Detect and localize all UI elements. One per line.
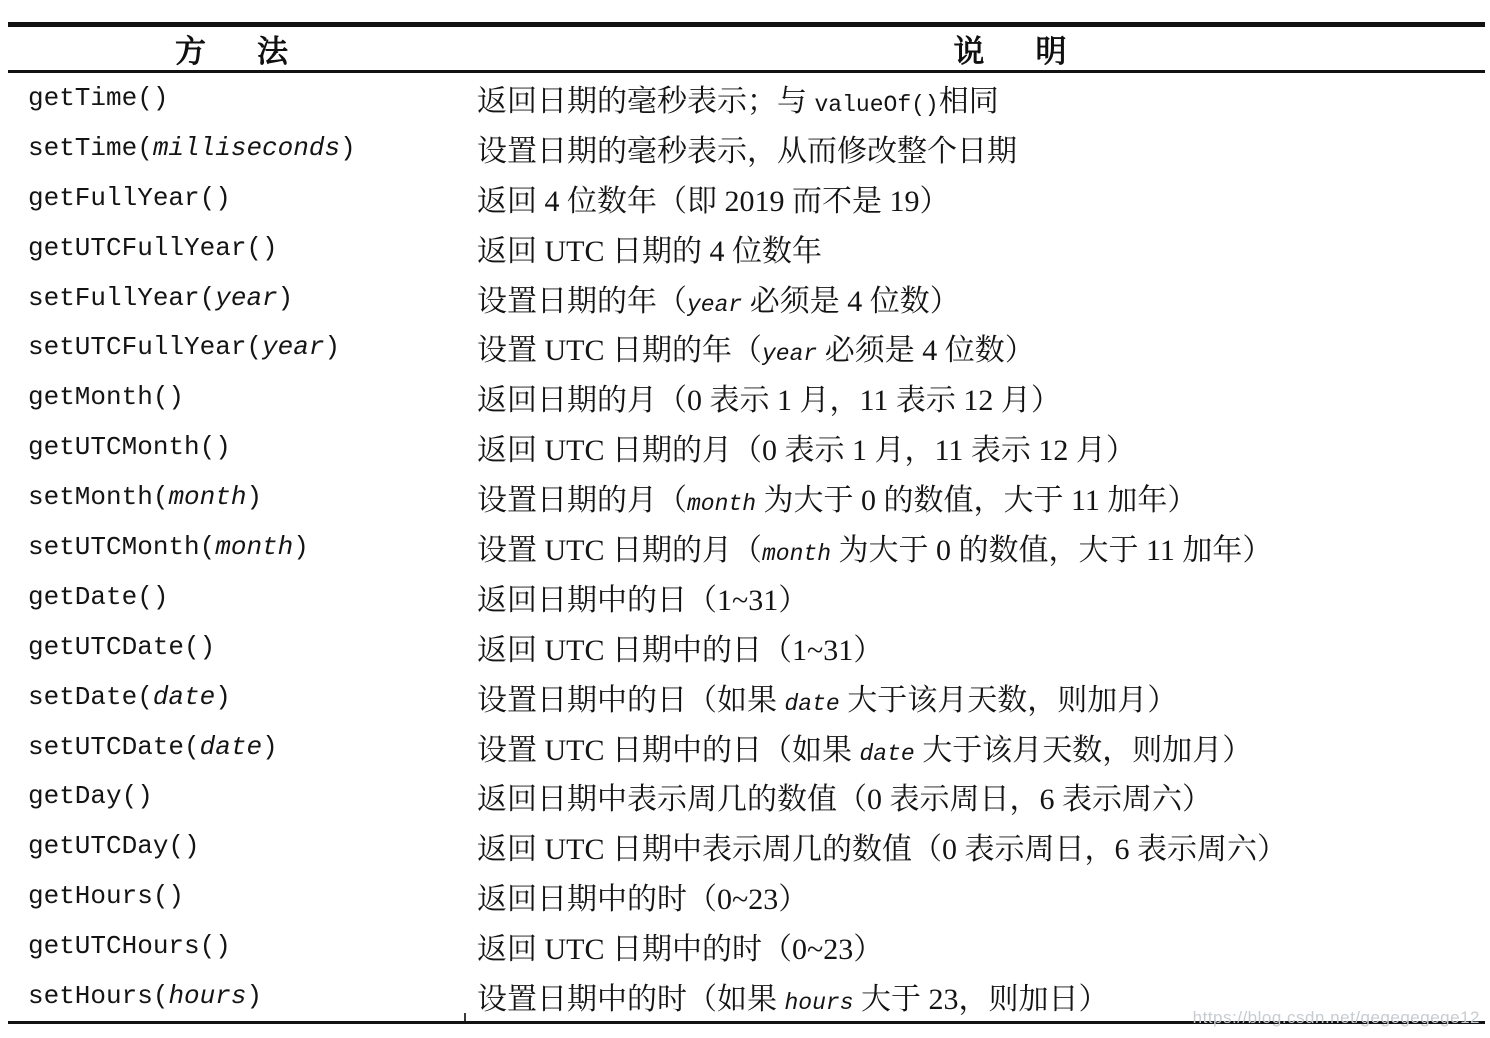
description-cell: 设置 UTC 日期的月（month 为大于 0 的数值，大于 11 加年） — [457, 525, 1490, 569]
text-segment: setTime( — [28, 133, 153, 163]
description-cell: 返回 UTC 日期的 4 位数年 — [457, 226, 1490, 270]
text-segment: ) — [324, 332, 340, 362]
text-segment: month — [762, 541, 831, 567]
text-segment: setUTCMonth( — [28, 532, 215, 562]
text-segment: valueOf() — [815, 92, 939, 118]
description-cell: 返回 UTC 日期中表示周几的数值（0 表示周日，6 表示周六） — [457, 824, 1490, 868]
text-segment: setHours( — [28, 981, 168, 1011]
table-row: getUTCHours()返回 UTC 日期中的时（0~23） — [0, 921, 1490, 971]
description-cell: 返回 4 位数年（即 2019 而不是 19） — [457, 176, 1490, 220]
table-row: setFullYear(year)设置日期的年（year 必须是 4 位数） — [0, 273, 1490, 323]
column-header-method: 方 法 — [8, 26, 465, 70]
text-segment: setFullYear( — [28, 283, 215, 313]
text-segment: 设置 UTC 日期的月（ — [477, 534, 762, 567]
text-segment: ) — [293, 532, 309, 562]
description-cell: 返回日期中的时（0~23） — [457, 874, 1490, 918]
text-segment: year — [762, 341, 817, 367]
text-segment: ) — [246, 981, 262, 1011]
description-cell: 返回日期的毫秒表示；与 valueOf()相同 — [457, 76, 1490, 120]
watermark-url: https://blog.csdn.net/gegegegege12 — [1193, 1008, 1480, 1028]
text-segment: getUTCDay() — [28, 831, 200, 861]
text-segment: 返回日期中的日（1~31） — [477, 584, 808, 617]
method-cell: getDay() — [0, 781, 457, 811]
method-cell: setMonth(month) — [0, 482, 457, 512]
text-segment: getUTCFullYear() — [28, 233, 278, 263]
text-segment: 大于 23，则加日） — [854, 983, 1109, 1016]
text-segment: 返回 UTC 日期的月（0 表示 1 月，11 表示 12 月） — [477, 434, 1136, 467]
text-segment: getUTCMonth() — [28, 432, 231, 462]
text-segment: 返回 UTC 日期中的时（0~23） — [477, 933, 883, 966]
table-row: getUTCFullYear()返回 UTC 日期的 4 位数年 — [0, 223, 1490, 273]
text-segment: milliseconds — [153, 133, 340, 163]
text-segment: ) — [215, 682, 231, 712]
text-segment: date — [200, 732, 262, 762]
text-segment: year — [687, 292, 742, 318]
description-cell: 返回 UTC 日期中的日（1~31） — [457, 625, 1490, 669]
table-row: getUTCMonth()返回 UTC 日期的月（0 表示 1 月，11 表示 … — [0, 422, 1490, 472]
method-cell: setDate(date) — [0, 682, 457, 712]
text-segment: getFullYear() — [28, 183, 231, 213]
text-segment: date — [153, 682, 215, 712]
method-cell: getUTCMonth() — [0, 432, 457, 462]
method-cell: getHours() — [0, 881, 457, 911]
text-segment: 设置日期的月（ — [477, 484, 687, 517]
table-row: setUTCMonth(month)设置 UTC 日期的月（month 为大于 … — [0, 522, 1490, 572]
table-row: setUTCFullYear(year)设置 UTC 日期的年（year 必须是… — [0, 322, 1490, 372]
text-segment: 设置日期中的日（如果 — [477, 684, 785, 717]
table-row: getMonth()返回日期的月（0 表示 1 月，11 表示 12 月） — [0, 372, 1490, 422]
text-segment: month — [215, 532, 293, 562]
text-segment: ) — [246, 482, 262, 512]
text-segment: 大于该月天数，则加月） — [840, 684, 1178, 717]
method-cell: getMonth() — [0, 382, 457, 412]
text-segment: ) — [262, 732, 278, 762]
method-cell: setUTCFullYear(year) — [0, 332, 457, 362]
description-cell: 设置日期的年（year 必须是 4 位数） — [457, 276, 1490, 320]
text-segment: 设置 UTC 日期中的日（如果 — [477, 734, 860, 767]
table-row: getFullYear()返回 4 位数年（即 2019 而不是 19） — [0, 173, 1490, 223]
text-segment: 返回 UTC 日期中表示周几的数值（0 表示周日，6 表示周六） — [477, 833, 1287, 866]
method-cell: setTime(milliseconds) — [0, 133, 457, 163]
table-row: getDate()返回日期中的日（1~31） — [0, 572, 1490, 622]
text-segment: 设置日期的年（ — [477, 285, 687, 318]
text-segment: 为大于 0 的数值，大于 11 加年） — [756, 484, 1197, 517]
description-cell: 设置 UTC 日期中的日（如果 date 大于该月天数，则加月） — [457, 725, 1490, 769]
description-cell: 返回 UTC 日期的月（0 表示 1 月，11 表示 12 月） — [457, 425, 1490, 469]
table-row: getDay()返回日期中表示周几的数值（0 表示周日，6 表示周六） — [0, 771, 1490, 821]
description-cell: 设置 UTC 日期的年（year 必须是 4 位数） — [457, 325, 1490, 369]
text-segment: getDate() — [28, 582, 168, 612]
text-segment: date — [860, 741, 915, 767]
text-segment: setMonth( — [28, 482, 168, 512]
method-cell: getTime() — [0, 83, 457, 113]
text-segment: setDate( — [28, 682, 153, 712]
column-header-description: 说 明 — [465, 26, 1485, 70]
table-row: setMonth(month)设置日期的月（month 为大于 0 的数值，大于… — [0, 472, 1490, 522]
method-cell: getUTCHours() — [0, 931, 457, 961]
method-cell: setUTCMonth(month) — [0, 532, 457, 562]
text-segment: ) — [278, 283, 294, 313]
text-segment: 必须是 4 位数） — [742, 285, 960, 318]
method-cell: setHours(hours) — [0, 981, 457, 1011]
description-cell: 返回日期的月（0 表示 1 月，11 表示 12 月） — [457, 375, 1490, 419]
description-cell: 设置日期的月（month 为大于 0 的数值，大于 11 加年） — [457, 475, 1490, 519]
text-segment: setUTCDate( — [28, 732, 200, 762]
text-segment: 返回日期的月（0 表示 1 月，11 表示 12 月） — [477, 384, 1061, 417]
text-segment: 返回 UTC 日期中的日（1~31） — [477, 634, 883, 667]
table-row: getTime()返回日期的毫秒表示；与 valueOf()相同 — [0, 73, 1490, 123]
method-cell: setUTCDate(date) — [0, 732, 457, 762]
text-segment: ) — [340, 133, 356, 163]
text-segment: getDay() — [28, 781, 153, 811]
text-segment: 必须是 4 位数） — [817, 334, 1035, 367]
text-segment: getUTCHours() — [28, 931, 231, 961]
method-cell: getUTCDate() — [0, 632, 457, 662]
method-cell: getDate() — [0, 582, 457, 612]
table-header-row: 方 法 说 明 — [8, 26, 1485, 70]
table-rows: getTime()返回日期的毫秒表示；与 valueOf()相同setTime(… — [0, 73, 1490, 1021]
text-segment: 返回 4 位数年（即 2019 而不是 19） — [477, 185, 950, 218]
text-segment: hours — [785, 990, 854, 1016]
text-segment: month — [168, 482, 246, 512]
table-row: getHours()返回日期中的时（0~23） — [0, 871, 1490, 921]
text-segment: year — [215, 283, 277, 313]
table-row: getUTCDay()返回 UTC 日期中表示周几的数值（0 表示周日，6 表示… — [0, 821, 1490, 871]
text-segment: hours — [168, 981, 246, 1011]
text-segment: 设置 UTC 日期的年（ — [477, 334, 762, 367]
text-segment: getTime() — [28, 83, 168, 113]
text-segment: getMonth() — [28, 382, 184, 412]
table-row: setUTCDate(date)设置 UTC 日期中的日（如果 date 大于该… — [0, 722, 1490, 772]
text-segment: 返回日期中表示周几的数值（0 表示周日，6 表示周六） — [477, 783, 1212, 816]
description-cell: 返回日期中的日（1~31） — [457, 575, 1490, 619]
description-cell: 设置日期的毫秒表示，从而修改整个日期 — [457, 126, 1490, 170]
text-segment: 设置日期的毫秒表示，从而修改整个日期 — [477, 135, 1017, 168]
description-cell: 返回日期中表示周几的数值（0 表示周日，6 表示周六） — [457, 774, 1490, 818]
text-segment: getUTCDate() — [28, 632, 215, 662]
table-row: setTime(milliseconds)设置日期的毫秒表示，从而修改整个日期 — [0, 123, 1490, 173]
method-cell: getUTCFullYear() — [0, 233, 457, 263]
text-segment: 返回日期的毫秒表示；与 — [477, 85, 815, 118]
text-segment: year — [262, 332, 324, 362]
column-divider-tick — [464, 1013, 466, 1021]
text-segment: 为大于 0 的数值，大于 11 加年） — [831, 534, 1272, 567]
text-segment: 相同 — [939, 85, 999, 118]
text-segment: 返回日期中的时（0~23） — [477, 883, 808, 916]
text-segment: setUTCFullYear( — [28, 332, 262, 362]
text-segment: 大于该月天数，则加月） — [915, 734, 1253, 767]
description-cell: 返回 UTC 日期中的时（0~23） — [457, 924, 1490, 968]
text-segment: month — [687, 491, 756, 517]
table-row: getUTCDate()返回 UTC 日期中的日（1~31） — [0, 622, 1490, 672]
method-cell: getUTCDay() — [0, 831, 457, 861]
table-row: setDate(date)设置日期中的日（如果 date 大于该月天数，则加月） — [0, 672, 1490, 722]
text-segment: date — [785, 691, 840, 717]
book-table-page: 方 法 说 明 getTime()返回日期的毫秒表示；与 valueOf()相同… — [0, 0, 1490, 1038]
text-segment: getHours() — [28, 881, 184, 911]
text-segment: 设置日期中的时（如果 — [477, 983, 785, 1016]
description-cell: 设置日期中的日（如果 date 大于该月天数，则加月） — [457, 675, 1490, 719]
method-cell: setFullYear(year) — [0, 283, 457, 313]
text-segment: 返回 UTC 日期的 4 位数年 — [477, 235, 822, 268]
method-cell: getFullYear() — [0, 183, 457, 213]
